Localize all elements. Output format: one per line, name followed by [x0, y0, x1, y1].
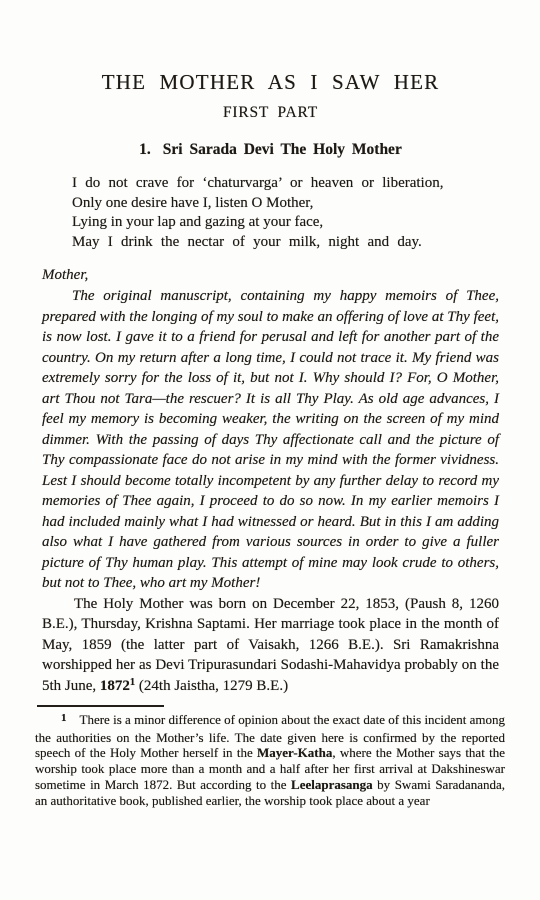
- book-title-leelaprasanga: Leelaprasanga: [291, 777, 373, 792]
- paragraph-text-continued: (24th Jaistha, 1279 B.E.): [135, 678, 288, 694]
- book-title: THE MOTHER AS I SAW HER: [42, 70, 499, 95]
- verse-line-1: I do not crave for ‘chaturvarga’ or heav…: [72, 174, 499, 194]
- verse-line-2: Only one desire have I, listen O Mother,: [72, 194, 499, 214]
- opening-verse: I do not crave for ‘chaturvarga’ or heav…: [72, 174, 499, 252]
- verse-line-3: Lying in your lap and gazing at your fac…: [72, 213, 499, 233]
- book-title-mayer-katha: Mayer-Katha: [257, 745, 332, 760]
- chapter-title: Sri Sarada Devi The Holy Mother: [163, 141, 402, 158]
- chapter-heading: 1.Sri Sarada Devi The Holy Mother: [42, 141, 499, 159]
- year-bold: 1872: [100, 678, 130, 694]
- book-page: THE MOTHER AS I SAW HER FIRST PART 1.Sri…: [0, 0, 540, 900]
- part-heading: FIRST PART: [42, 104, 499, 122]
- footnote-rule: [37, 705, 164, 707]
- birth-paragraph: The Holy Mother was born on December 22,…: [42, 594, 499, 699]
- footnote: 1There is a minor difference of opinion …: [35, 712, 505, 808]
- letter-body: The original manuscript, containing my h…: [42, 286, 499, 594]
- verse-line-4: May I drink the nectar of your milk, nig…: [72, 233, 499, 253]
- footnote-reference: 1: [130, 677, 135, 688]
- chapter-number: 1.: [139, 141, 151, 158]
- footnote-marker: 1: [61, 712, 67, 724]
- letter-salutation: Mother,: [42, 265, 499, 286]
